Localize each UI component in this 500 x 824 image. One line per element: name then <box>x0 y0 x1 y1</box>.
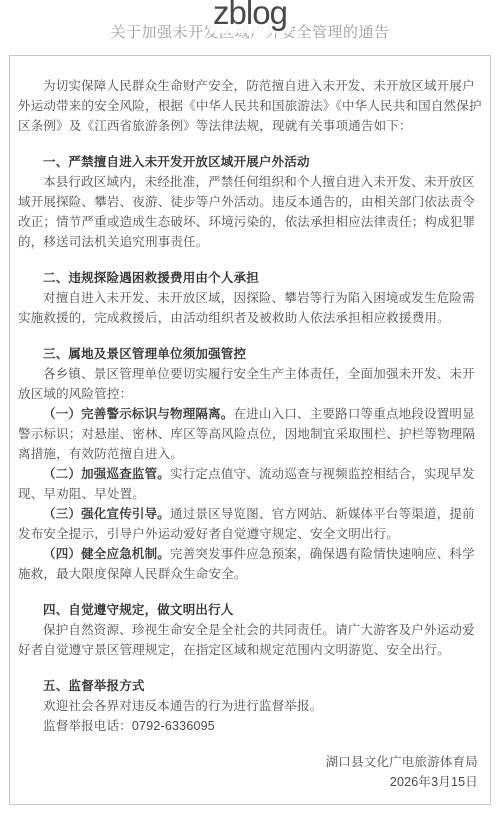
issuing-authority: 湖口县文化广电旅游体育局 <box>18 752 478 772</box>
report-hotline-line: 监督举报电话：0792-6336095 <box>18 716 482 736</box>
section-2: 二、违规探险遇困救援费用由个人承担 对擅自进入未开发、未开放区域，因探险、攀岩等… <box>18 268 482 328</box>
section-1: 一、严禁擅自进入未开发开放区域开展户外活动 本县行政区域内，未经批准，严禁任何组… <box>18 152 482 252</box>
section-3-item-2: （二）加强巡查监管。实行定点值守、流动巡查与视频监控相结合，实现早发现、早劝阻、… <box>18 464 482 504</box>
report-hotline-number: 0792-6336095 <box>132 719 215 733</box>
section-3-item-2-lead: （二）加强巡查监管。 <box>43 467 170 481</box>
notice-document: 为切实保障人民群众生命财产安全，防范擅自进入未开发、未开放区域开展户外运动带来的… <box>9 55 491 805</box>
section-5: 五、监督举报方式 欢迎社会各界对违反本通告的行为进行监督举报。 监督举报电话：0… <box>18 676 482 736</box>
section-3-intro-paragraph: 各乡镇、景区管理单位要切实履行安全生产主体责任，全面加强未开发、未开放区域的风险… <box>18 364 482 404</box>
section-3: 三、属地及景区管理单位须加强管控 各乡镇、景区管理单位要切实履行安全生产主体责任… <box>18 344 482 584</box>
section-1-paragraph: 本县行政区域内，未经批准，严禁任何组织和个人擅自进入未开发、未开放区域开展探险、… <box>18 172 482 252</box>
section-5-paragraph: 欢迎社会各界对违反本通告的行为进行监督举报。 <box>18 696 482 716</box>
section-3-item-3: （三）强化宣传引导。通过景区导览图、官方网站、新媒体平台等渠道，提前发布安全提示… <box>18 504 482 544</box>
section-4: 四、自觉遵守规定，做文明出行人 保护自然资源、珍视生命安全是全社会的共同责任。请… <box>18 600 482 660</box>
section-3-item-1-lead: （一）完善警示标识与物理隔离。 <box>43 407 234 421</box>
section-4-paragraph: 保护自然资源、珍视生命安全是全社会的共同责任。请广大游客及户外运动爱好者自觉遵守… <box>18 620 482 660</box>
intro-paragraph: 为切实保障人民群众生命财产安全，防范擅自进入未开发、未开放区域开展户外运动带来的… <box>18 76 482 136</box>
section-1-heading: 一、严禁擅自进入未开发开放区域开展户外活动 <box>18 152 482 172</box>
watermark-logo: zblog <box>209 0 291 33</box>
page-header: 关于加强未开发区域户外安全管理的通告 zblog <box>0 0 500 55</box>
issue-date: 2026年3月15日 <box>18 772 478 792</box>
section-3-item-1: （一）完善警示标识与物理隔离。在进山入口、主要路口等重点地段设置明显警示标识；对… <box>18 404 482 464</box>
page: 关于加强未开发区域户外安全管理的通告 zblog 为切实保障人民群众生命财产安全… <box>0 0 500 805</box>
section-5-heading: 五、监督举报方式 <box>18 676 482 696</box>
section-3-item-3-lead: （三）强化宣传引导。 <box>43 507 170 521</box>
signature-block: 湖口县文化广电旅游体育局 2026年3月15日 <box>18 752 482 792</box>
section-2-heading: 二、违规探险遇困救援费用由个人承担 <box>18 268 482 288</box>
section-3-heading: 三、属地及景区管理单位须加强管控 <box>18 344 482 364</box>
section-3-item-4: （四）健全应急机制。完善突发事件应急预案，确保遇有险情快速响应、科学施救，最大限… <box>18 544 482 584</box>
section-2-paragraph: 对擅自进入未开发、未开放区域，因探险、攀岩等行为陷入困境或发生危险需实施救援的，… <box>18 288 482 328</box>
section-3-item-4-lead: （四）健全应急机制。 <box>43 547 170 561</box>
report-hotline-label: 监督举报电话： <box>43 719 132 733</box>
section-4-heading: 四、自觉遵守规定，做文明出行人 <box>18 600 482 620</box>
